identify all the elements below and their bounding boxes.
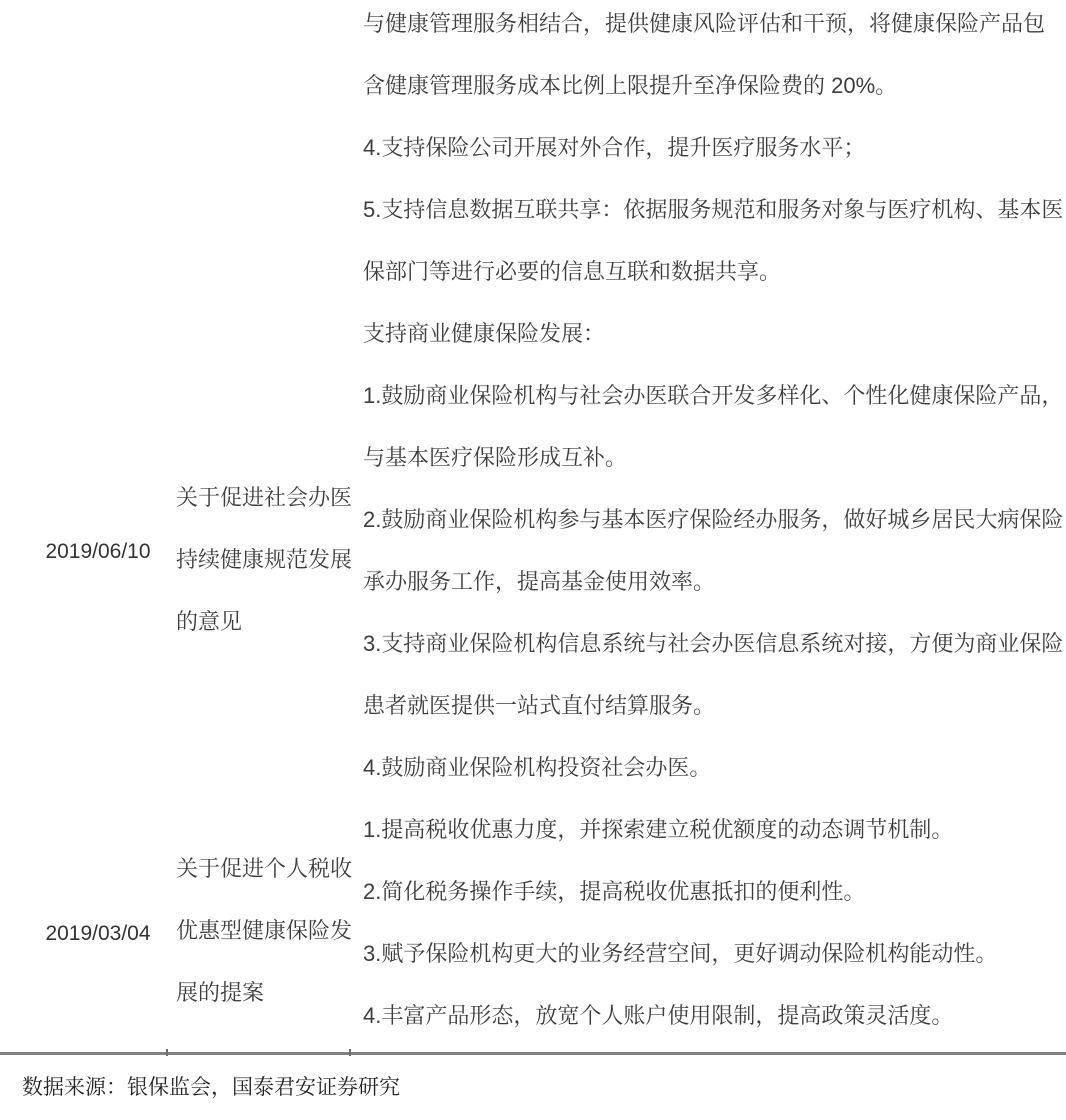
table-row: 2019/06/10 关于促进社会办医持续健康规范发展的意见 与健康管理服务相结… <box>0 0 1066 799</box>
report-table-page: 2019/06/10 关于促进社会办医持续健康规范发展的意见 与健康管理服务相结… <box>0 0 1066 1120</box>
policy-detail-item: 与健康管理服务相结合，提供健康风险评估和干预，将健康保险产品包含健康管理服务成本… <box>363 0 1066 117</box>
policy-detail-item: 支持商业健康保险发展： <box>363 303 1066 365</box>
policy-detail-item: 4.丰富产品形态，放宽个人账户使用限制，提高政策灵活度。 <box>363 985 1066 1047</box>
policy-details: 与健康管理服务相结合，提供健康风险评估和干预，将健康保险产品包含健康管理服务成本… <box>363 0 1066 799</box>
policy-details: 1.提高税收优惠力度，并探索建立税优额度的动态调节机制。 2.简化税务操作手续，… <box>363 799 1066 1047</box>
policy-table: 2019/06/10 关于促进社会办医持续健康规范发展的意见 与健康管理服务相结… <box>0 0 1066 1047</box>
policy-detail-item: 4.鼓励商业保险机构投资社会办医。 <box>363 737 1066 799</box>
policy-detail-item: 1.提高税收优惠力度，并探索建立税优额度的动态调节机制。 <box>363 799 1066 861</box>
policy-detail-item: 2.鼓励商业保险机构参与基本医疗保险经办服务，做好城乡居民大病保险承办服务工作，… <box>363 489 1066 613</box>
policy-detail-item: 1.鼓励商业保险机构与社会办医联合开发多样化、个性化健康保险产品，与基本医疗保险… <box>363 365 1066 489</box>
policy-date: 2019/03/04 <box>0 799 172 965</box>
policy-detail-item: 3.赋予保险机构更大的业务经营空间，更好调动保险机构能动性。 <box>363 923 1066 985</box>
policy-title: 关于促进社会办医持续健康规范发展的意见 <box>176 0 363 653</box>
table-row: 2019/03/04 关于促进个人税收优惠型健康保险发展的提案 1.提高税收优惠… <box>0 799 1066 1047</box>
policy-detail-item: 5.支持信息数据互联共享：依据服务规范和服务对象与医疗机构、基本医保部门等进行必… <box>363 179 1066 303</box>
table-bottom-border <box>0 1052 1066 1055</box>
policy-detail-item: 3.支持商业保险机构信息系统与社会办医信息系统对接，方便为商业保险患者就医提供一… <box>363 613 1066 737</box>
column-border-tick <box>166 1049 168 1056</box>
data-source-note: 数据来源：银保监会，国泰君安证券研究 <box>0 1071 1066 1101</box>
policy-detail-item: 4.支持保险公司开展对外合作，提升医疗服务水平； <box>363 117 1066 179</box>
policy-title: 关于促进个人税收优惠型健康保险发展的提案 <box>176 799 363 1024</box>
column-border-tick <box>349 1049 351 1056</box>
policy-detail-item: 2.简化税务操作手续，提高税收优惠抵扣的便利性。 <box>363 861 1066 923</box>
policy-date: 2019/06/10 <box>0 0 172 583</box>
